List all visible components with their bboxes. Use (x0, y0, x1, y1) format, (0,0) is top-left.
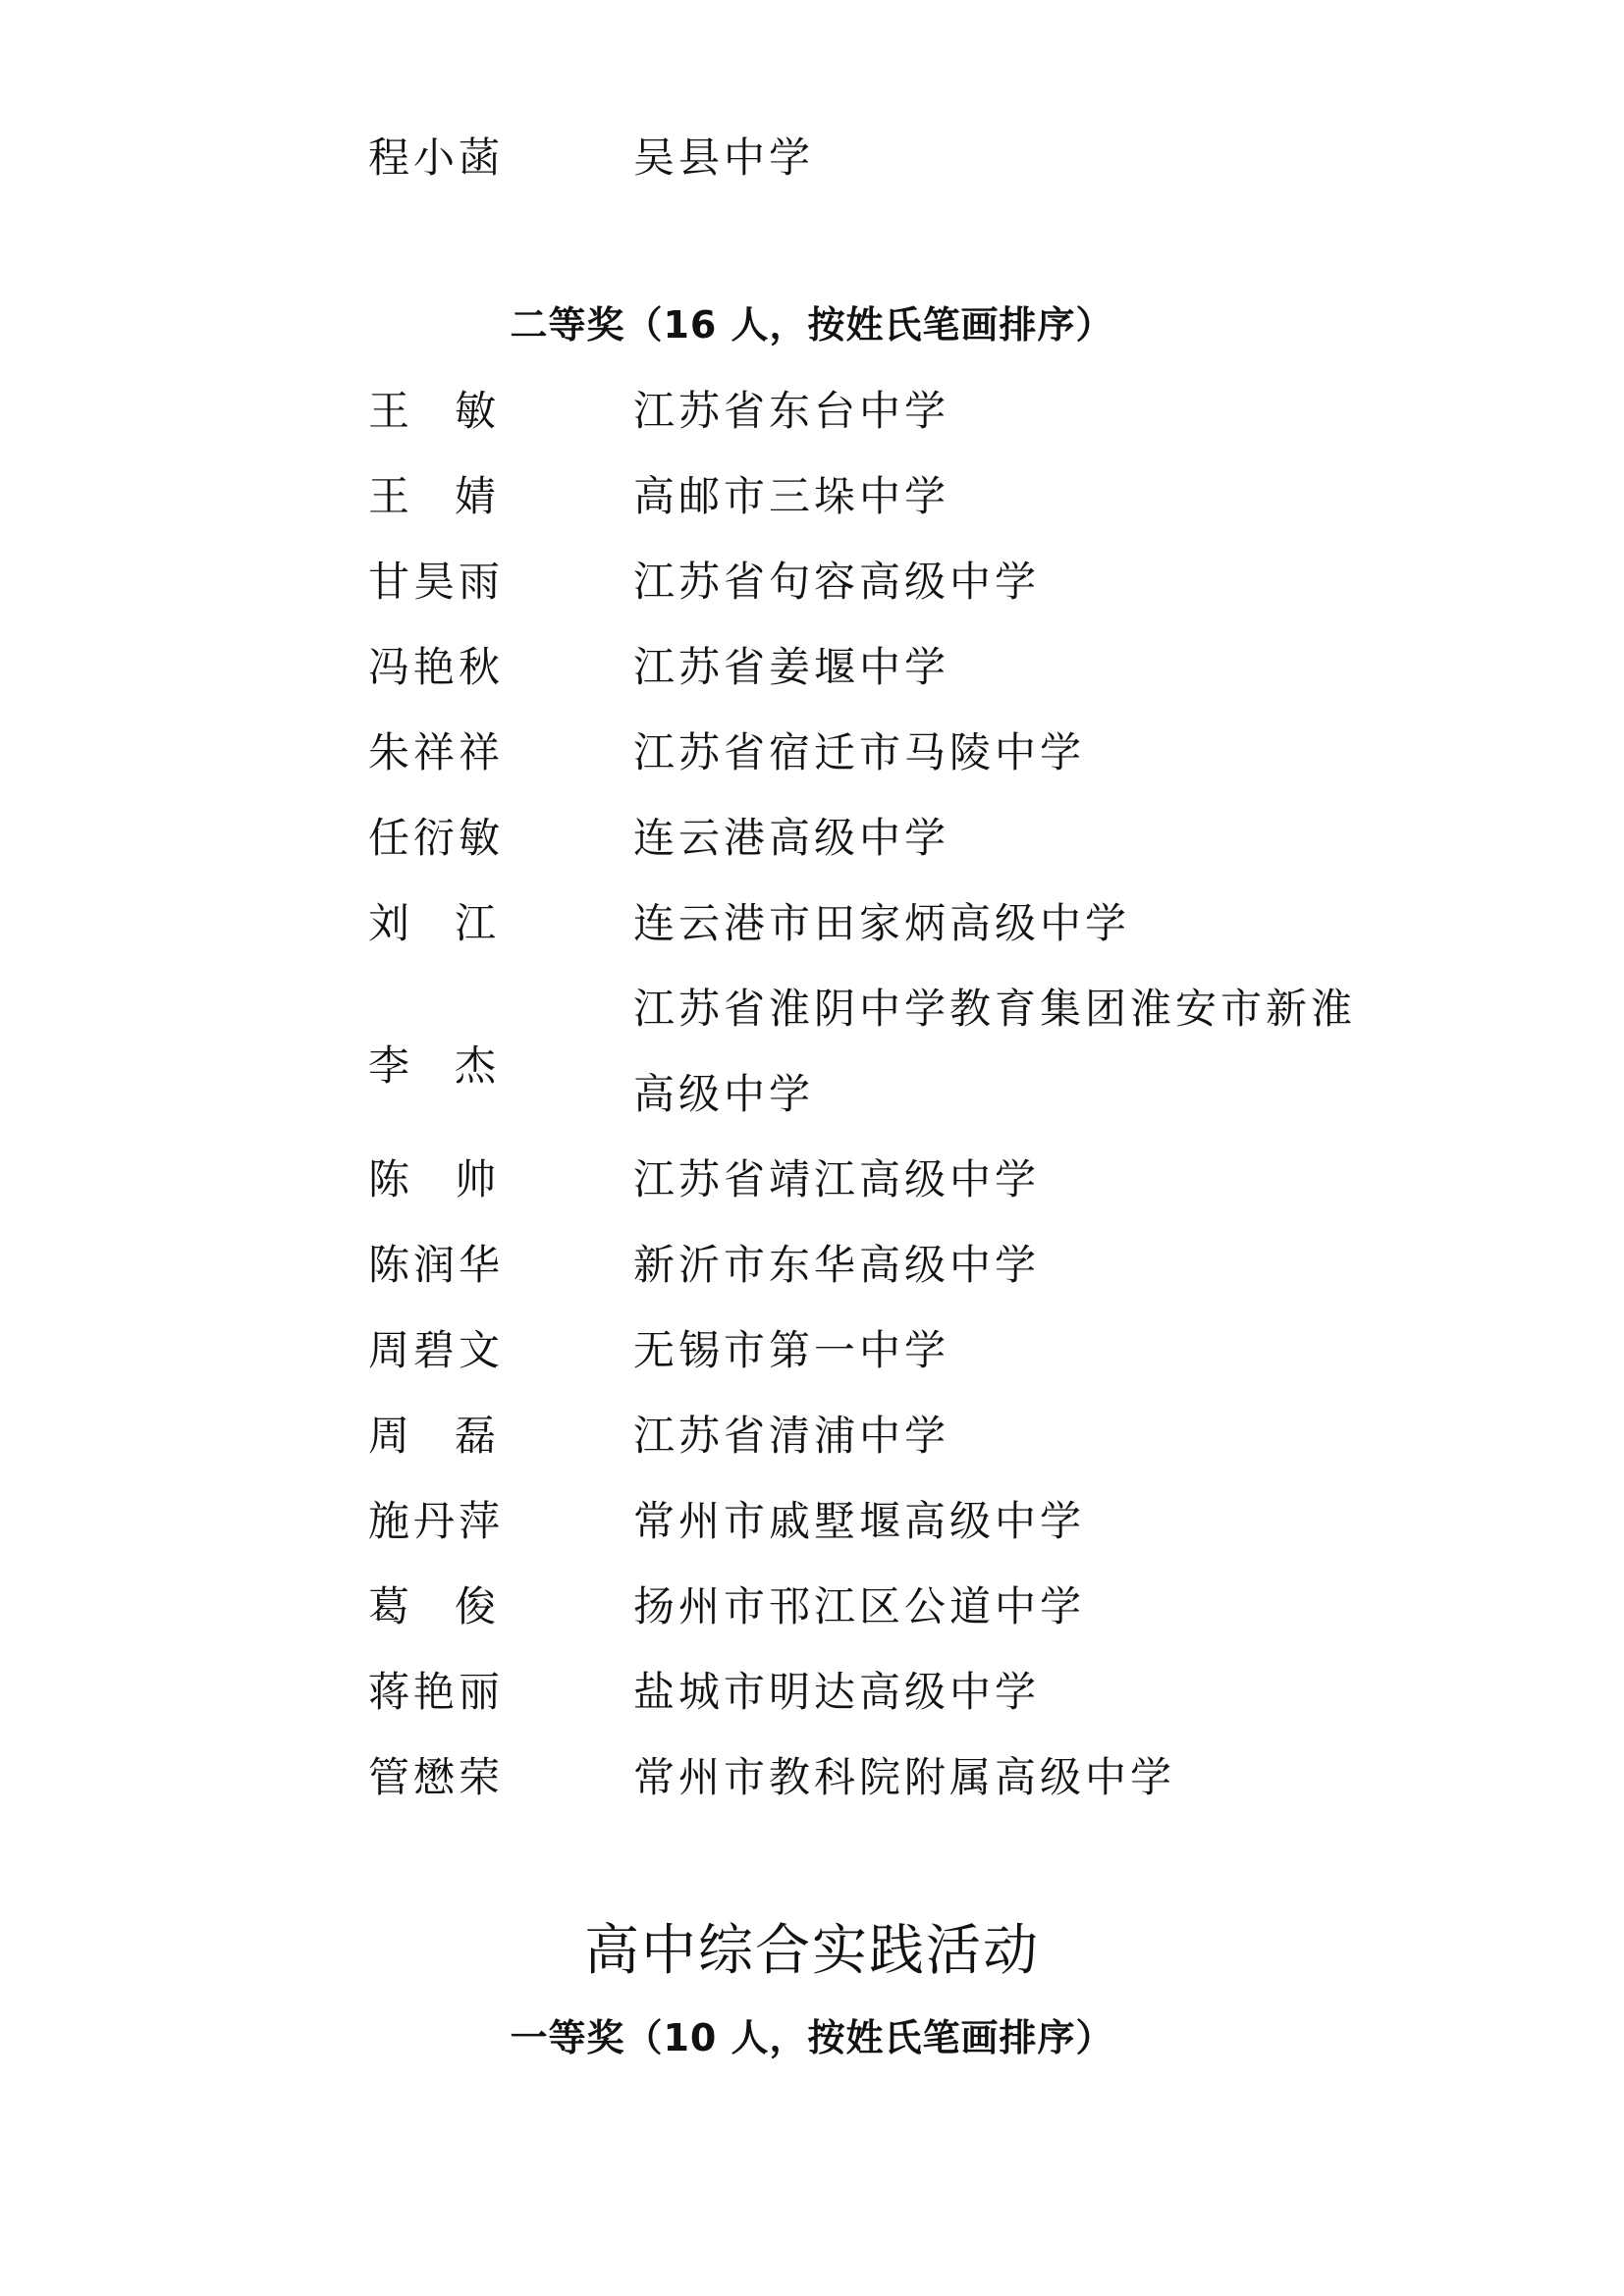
award-entry: 任衍敏 连云港高级中学 (368, 809, 1350, 868)
awardee-school: 新沂市东华高级中学 (633, 1236, 1040, 1295)
document-page: 程小菡 吴县中学 二等奖（16 人，按姓氏笔画排序） 王敏 江苏省东台中学 王婧… (0, 0, 1624, 2296)
awardee-name: 施丹萍 (368, 1492, 506, 1551)
awardee-school: 常州市教科院附属高级中学 (633, 1748, 1175, 1807)
section-title: 高中综合实践活动 (0, 1912, 1624, 1991)
awardee-name: 葛俊 (368, 1577, 506, 1636)
awardee-school-line-1: 江苏省淮阴中学教育集团淮安市新淮 (633, 985, 1356, 1033)
awardee-school: 连云港高级中学 (633, 809, 949, 868)
award-entry: 周磊 江苏省清浦中学 (368, 1407, 1350, 1466)
awardee-school: 江苏省淮阴中学教育集团淮安市新淮 高级中学 (633, 966, 1356, 1137)
award-entry: 管懋荣 常州市教科院附属高级中学 (368, 1748, 1350, 1807)
awardee-school: 盐城市明达高级中学 (633, 1663, 1040, 1722)
award-entry: 施丹萍 常州市戚墅堰高级中学 (368, 1492, 1350, 1551)
awardee-name: 管懋荣 (368, 1748, 506, 1807)
award-entry: 李杰 江苏省淮阴中学教育集团淮安市新淮 高级中学 (368, 980, 1350, 1151)
first-prize-heading: 一等奖（10 人，按姓氏笔画排序） (0, 2010, 1624, 2065)
awardee-school: 江苏省清浦中学 (633, 1407, 949, 1466)
award-entry: 朱祥祥 江苏省宿迁市马陵中学 (368, 723, 1350, 782)
award-entry: 陈帅 江苏省靖江高级中学 (368, 1150, 1350, 1209)
awardee-name: 甘昊雨 (368, 553, 506, 612)
awardee-name: 任衍敏 (368, 809, 506, 868)
awardee-name: 陈帅 (368, 1150, 506, 1209)
awardee-school: 无锡市第一中学 (633, 1321, 949, 1380)
awardee-name: 周磊 (368, 1407, 506, 1466)
awardee-school: 江苏省宿迁市马陵中学 (633, 723, 1085, 782)
award-entry: 王敏 江苏省东台中学 (368, 382, 1350, 441)
awardee-name: 王敏 (368, 382, 506, 441)
awardee-school: 江苏省句容高级中学 (633, 553, 1040, 612)
awardee-school: 高邮市三垛中学 (633, 467, 949, 526)
awardee-school: 吴县中学 (633, 129, 814, 187)
awardee-name: 周碧文 (368, 1321, 506, 1380)
award-entry: 蒋艳丽 盐城市明达高级中学 (368, 1663, 1350, 1722)
award-entry: 冯艳秋 江苏省姜堰中学 (368, 638, 1350, 697)
award-entry: 甘昊雨 江苏省句容高级中学 (368, 553, 1350, 612)
award-entry: 葛俊 扬州市邗江区公道中学 (368, 1577, 1350, 1636)
awardee-name: 王婧 (368, 467, 506, 526)
awardee-name: 李杰 (368, 1037, 506, 1095)
awardee-name: 陈润华 (368, 1236, 506, 1295)
awardee-school: 连云港市田家炳高级中学 (633, 894, 1130, 953)
awardee-name: 刘江 (368, 894, 506, 953)
awardee-school: 扬州市邗江区公道中学 (633, 1577, 1085, 1636)
awardee-school: 江苏省东台中学 (633, 382, 949, 441)
second-prize-heading: 二等奖（16 人，按姓氏笔画排序） (0, 297, 1624, 352)
awardee-name: 程小菡 (368, 129, 506, 187)
award-entry: 陈润华 新沂市东华高级中学 (368, 1236, 1350, 1295)
awardee-name: 朱祥祥 (368, 723, 506, 782)
awardee-name: 冯艳秋 (368, 638, 506, 697)
awardee-school: 江苏省姜堰中学 (633, 638, 949, 697)
award-entry: 刘江 连云港市田家炳高级中学 (368, 894, 1350, 953)
award-entry: 周碧文 无锡市第一中学 (368, 1321, 1350, 1380)
awardee-school: 江苏省靖江高级中学 (633, 1150, 1040, 1209)
award-entry: 程小菡 吴县中学 (368, 129, 1350, 187)
awardee-school: 常州市戚墅堰高级中学 (633, 1492, 1085, 1551)
awardee-name: 蒋艳丽 (368, 1663, 506, 1722)
award-entry: 王婧 高邮市三垛中学 (368, 467, 1350, 526)
awardee-school-line-2: 高级中学 (633, 1070, 814, 1118)
